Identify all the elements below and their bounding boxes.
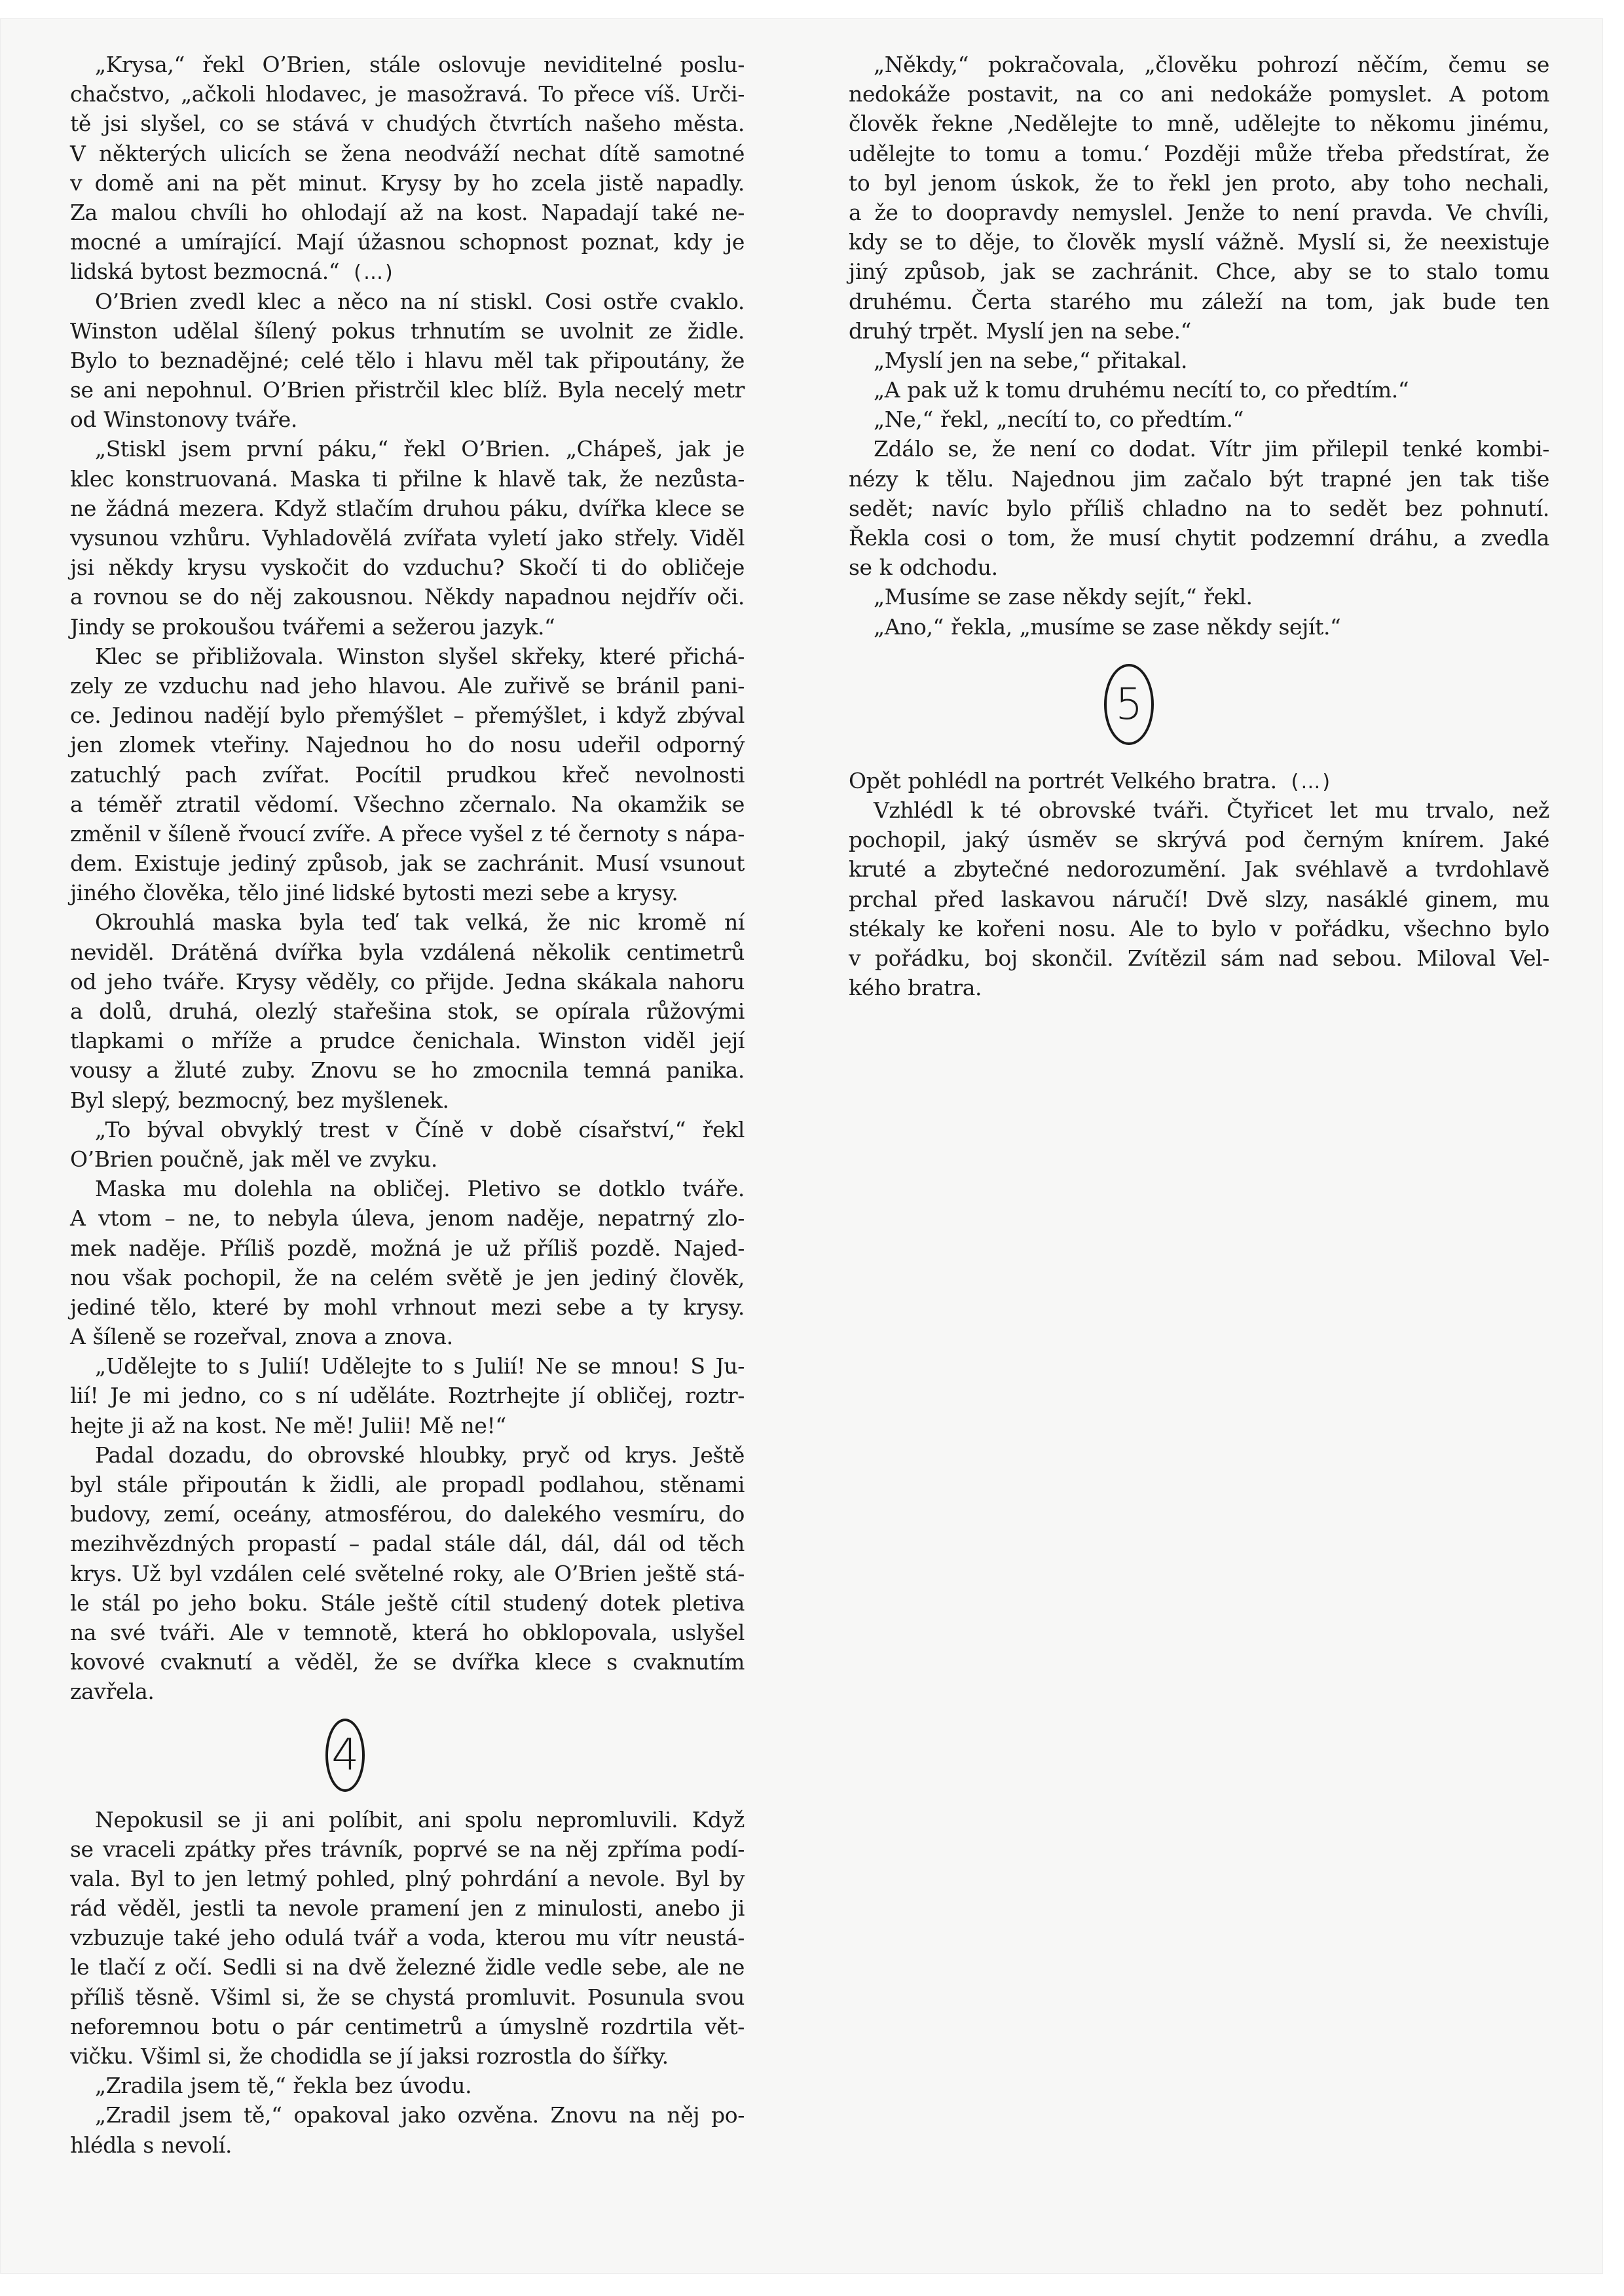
text-line: mek naděje. Příliš pozdě, možná je už př… <box>70 1233 745 1263</box>
section-marker-4: 4 <box>70 1707 745 1805</box>
text-line: neviděl. Drátěná dvířka byla vzdálená ně… <box>70 938 745 967</box>
text-line: pochopil, jaký úsměv se skrývá pod černý… <box>849 825 1549 854</box>
text-line: Padal dozadu, do obrovské hloubky, pryč … <box>70 1440 745 1470</box>
left-column: „Krysa,“ řekl O’Brien, stále oslovuje ne… <box>70 50 745 2160</box>
text-line: „Někdy,“ pokračovala, „člověku pohrozí n… <box>849 50 1549 79</box>
text-line: le stál po jeho boku. Stále ještě cítil … <box>70 1588 745 1618</box>
text-line: Nepokusil se ji ani políbit, ani spolu n… <box>70 1805 745 1834</box>
text-line: vičku. Všiml si, že chodidla se jí jaksi… <box>70 2041 745 2071</box>
text-line: kdy se to děje, to člověk myslí vážně. M… <box>849 227 1549 257</box>
text-line: V některých ulicích se žena neodváží nec… <box>70 139 745 168</box>
text-line: a že to doopravdy nemyslel. Jenže to nen… <box>849 198 1549 227</box>
text-line: Klec se přibližovala. Winston slyšel skř… <box>70 642 745 671</box>
text-line: nedokáže postavit, na co ani nedokáže po… <box>849 79 1549 109</box>
text-line: „Udělejte to s Julií! Udělejte to s Juli… <box>70 1351 745 1381</box>
text-line: od Winstonovy tváře. <box>70 405 745 434</box>
text-line: le tlačí z očí. Sedli si na dvě železné … <box>70 1952 745 1982</box>
text-line: od jeho tváře. Krysy věděly, co přijde. … <box>70 967 745 996</box>
text-line: kovové cvaknutí a věděl, že se dvířka kl… <box>70 1647 745 1677</box>
text-line: tě jsi slyšel, co se stává v chudých čtv… <box>70 109 745 138</box>
text-line: „Musíme se zase někdy sejít,“ řekl. <box>849 582 1549 611</box>
handwritten-omission-mark: (…) <box>1291 771 1332 793</box>
text-line: jiného člověka, tělo jiné lidské bytosti… <box>70 878 745 907</box>
text-line: „Ne,“ řekl, „necítí to, co předtím.“ <box>849 405 1549 434</box>
text-line: člověk řekne ‚Nedělejte to mně, udělejte… <box>849 109 1549 138</box>
text-line: Vzhlédl k té obrovské tváři. Čtyřicet le… <box>849 795 1549 825</box>
section-text-rats: „Krysa,“ řekl O’Brien, stále oslovuje ne… <box>70 50 745 1707</box>
text-line: O’Brien zvedl klec a něco na ní stiskl. … <box>70 287 745 316</box>
text-line: hejte ji až na kost. Ne mě! Julii! Mě ne… <box>70 1411 745 1440</box>
text-line: a rovnou se do něj zakousnou. Někdy napa… <box>70 582 745 611</box>
text-line: „To býval obvyklý trest v Číně v době cí… <box>70 1115 745 1144</box>
text-line: kruté a zbytečné nedorozumění. Jak svéhl… <box>849 854 1549 884</box>
text-line: kého bratra. <box>849 973 1549 1002</box>
scanned-page: „Krysa,“ řekl O’Brien, stále oslovuje ne… <box>0 18 1603 2274</box>
text-line: budovy, zemí, oceány, atmosférou, do dal… <box>70 1499 745 1529</box>
text-line: lidská bytost bezmocná.“(…) <box>70 257 745 286</box>
text-line: se ani nepohnul. O’Brien přistrčil klec … <box>70 375 745 405</box>
text-line: to byl jenom úskok, že to řekl jen proto… <box>849 168 1549 198</box>
text-line: mezihvězdných propastí – padal stále dál… <box>70 1529 745 1558</box>
text-line: nézy k tělu. Najednou jim začalo být tra… <box>849 464 1549 494</box>
handwritten-circled-number-5: 5 <box>1104 664 1154 745</box>
text-line: „Stiskl jsem první páku,“ řekl O’Brien. … <box>70 434 745 464</box>
text-line: změnil v šíleně řvoucí zvíře. A přece vy… <box>70 819 745 848</box>
text-line: „Krysa,“ řekl O’Brien, stále oslovuje ne… <box>70 50 745 79</box>
handwritten-omission-mark: (…) <box>354 261 394 284</box>
handwritten-circled-number-4: 4 <box>325 1719 365 1792</box>
text-line: ce. Jedinou nadějí bylo přemýšlet – přem… <box>70 701 745 730</box>
text-line: v domě ani na pět minut. Krysy by ho zce… <box>70 168 745 198</box>
right-column: „Někdy,“ pokračovala, „člověku pohrozí n… <box>849 50 1549 1002</box>
text-line: Okrouhlá maska byla teď tak velká, že ni… <box>70 907 745 937</box>
text-line: Byl slepý, bezmocný, bez myšlenek. <box>70 1085 745 1115</box>
text-line: A vtom – ne, to nebyla úleva, jenom nadě… <box>70 1203 745 1233</box>
text-line: chačstvo, „ačkoli hlodavec, je masožravá… <box>70 79 745 109</box>
text-line: a dolů, druhá, olezlý stařešina stok, se… <box>70 996 745 1026</box>
text-line: jsi někdy krysu vyskočit do vzduchu? Sko… <box>70 553 745 582</box>
text-line: Za malou chvíli ho ohlodají až na kost. … <box>70 198 745 227</box>
text-line: neforemnou botu o pár centimetrů a úmysl… <box>70 2012 745 2041</box>
text-line: zavřela. <box>70 1677 745 1706</box>
text-line: „Zradila jsem tě,“ řekla bez úvodu. <box>70 2071 745 2100</box>
text-line: Bylo to beznadějné; celé tělo i hlavu mě… <box>70 346 745 375</box>
text-line: „Myslí jen na sebe,“ přitakal. <box>849 346 1549 375</box>
text-line: sedět; navíc bylo příliš chladno na to s… <box>849 494 1549 523</box>
text-line: byl stále připoután k židli, ale propadl… <box>70 1470 745 1499</box>
section-text-big-brother: Opět pohlédl na portrét Velkého bratra.(… <box>849 766 1549 1003</box>
text-line: klec konstruovaná. Maska ti přilne k hla… <box>70 464 745 494</box>
text-line: Winston udělal šílený pokus trhnutím se … <box>70 316 745 346</box>
section-marker-5: 5 <box>849 642 1549 766</box>
text-line: O’Brien poučně, jak měl ve zvyku. <box>70 1144 745 1174</box>
section-text-park: Nepokusil se ji ani políbit, ani spolu n… <box>70 1805 745 2160</box>
text-line: „A pak už k tomu druhému necítí to, co p… <box>849 375 1549 405</box>
text-line: „Zradil jsem tě,“ opakoval jako ozvěna. … <box>70 2100 745 2130</box>
text-line: vala. Byl to jen letmý pohled, plný pohr… <box>70 1864 745 1893</box>
text-line: Maska mu dolehla na obličej. Pletivo se … <box>70 1174 745 1203</box>
text-line: Opět pohlédl na portrét Velkého bratra.(… <box>849 766 1549 795</box>
text-line: krys. Už byl vzdálen celé světelné roky,… <box>70 1559 745 1588</box>
text-line: stékaly ke kořeni nosu. Ale to bylo v po… <box>849 914 1549 943</box>
text-line: tlapkami o mříže a prudce čenichala. Win… <box>70 1026 745 1055</box>
text-line: vysunou vzhůru. Vyhladovělá zvířata vyle… <box>70 523 745 553</box>
text-line: druhý trpět. Myslí jen na sebe.“ <box>849 316 1549 346</box>
text-line: A šíleně se rozeřval, znova a znova. <box>70 1322 745 1351</box>
text-line: Zdálo se, že není co dodat. Vítr jim při… <box>849 434 1549 464</box>
text-line: rád věděl, jestli ta nevole pramení jen … <box>70 1893 745 1923</box>
text-line: jiný způsob, jak se zachránit. Chce, aby… <box>849 257 1549 286</box>
text-line: vzbuzuje také jeho odulá tvář a voda, kt… <box>70 1923 745 1952</box>
text-line: se vraceli zpátky přes trávník, poprvé s… <box>70 1834 745 1864</box>
text-line: jen zlomek vteřiny. Najednou ho do nosu … <box>70 730 745 759</box>
section-text-park-continued: „Někdy,“ pokračovala, „člověku pohrozí n… <box>849 50 1549 642</box>
text-line: mocné a umírající. Mají úžasnou schopnos… <box>70 227 745 257</box>
text-line: zatuchlý pach zvířat. Pocítil prudkou kř… <box>70 760 745 790</box>
text-line: a téměř ztratil vědomí. Všechno zčernalo… <box>70 790 745 819</box>
text-line: nou však pochopil, že na celém světě je … <box>70 1263 745 1292</box>
text-line: Jindy se prokoušou tvářemi a sežerou jaz… <box>70 612 745 642</box>
text-line: „Ano,“ řekla, „musíme se zase někdy sejí… <box>849 612 1549 642</box>
text-line: na své tváři. Ale v temnotě, která ho ob… <box>70 1618 745 1647</box>
text-line: jediné tělo, které by mohl vrhnout mezi … <box>70 1292 745 1322</box>
text-line: v pořádku, boj skončil. Zvítězil sám nad… <box>849 943 1549 973</box>
text-line: udělejte to tomu a tomu.‘ Později může t… <box>849 139 1549 168</box>
text-line: zely ze vzduchu nad jeho hlavou. Ale zuř… <box>70 671 745 701</box>
text-line: příliš těsně. Všiml si, že se chystá pro… <box>70 1982 745 2012</box>
text-line: lií! Je mi jedno, co s ní uděláte. Roztr… <box>70 1381 745 1410</box>
text-line: vousy a žluté zuby. Znovu se ho zmocnila… <box>70 1055 745 1085</box>
text-line: Řekla cosi o tom, že musí chytit podzemn… <box>849 523 1549 553</box>
text-line: dem. Existuje jediný způsob, jak se zach… <box>70 848 745 878</box>
text-line: druhému. Čerta starého mu záleží na tom,… <box>849 287 1549 316</box>
text-line: prchal před laskavou náručí! Dvě slzy, n… <box>849 884 1549 914</box>
text-line: se k odchodu. <box>849 553 1549 582</box>
text-line: ne žádná mezera. Když stlačím druhou pák… <box>70 494 745 523</box>
text-line: hlédla s nevolí. <box>70 2130 745 2160</box>
